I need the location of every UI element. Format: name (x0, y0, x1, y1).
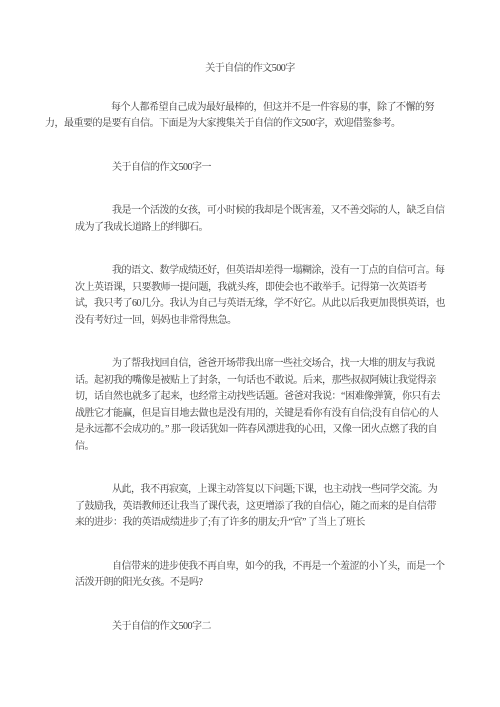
essay-paragraph-1: 我是一个活泼的女孩，可小时候的我却是个既害羞，又不善交际的人，缺乏自信成为了我成… (75, 203, 445, 236)
essay-paragraph-3: 为了帮我找回自信，爸爸开场带我出席一些社交场合，找一大堆的朋友与我说话。起初我的… (75, 356, 445, 455)
essay-paragraph-2: 我的语文、数学成绩还好，但英语却差得一塌糊涂，没有一丁点的自信可言。每次上英语课… (75, 263, 445, 329)
document-page: 关于自信的作文500字 每个人都希望自己成为最好最棒的，但这并不是一件容易的事，… (0, 0, 500, 635)
intro-paragraph: 每个人都希望自己成为最好最棒的，但这并不是一件容易的事，除了不懈的努力，最重要的… (45, 100, 437, 133)
section1-heading: 关于自信的作文500字一 (112, 160, 500, 177)
page-title: 关于自信的作文500字 (0, 61, 500, 78)
essay-paragraph-5: 自信带来的进步使我不再自卑，如今的我，不再是一个羞涩的小丫头，而是一个活泼开朗的… (75, 559, 445, 592)
essay-paragraph-4: 从此，我不再寂寞，上课主动答复以下问题;下课，也主动找一些同学交流。为了鼓励我，… (75, 482, 445, 532)
section2-heading: 关于自信的作文500字二 (112, 619, 500, 636)
